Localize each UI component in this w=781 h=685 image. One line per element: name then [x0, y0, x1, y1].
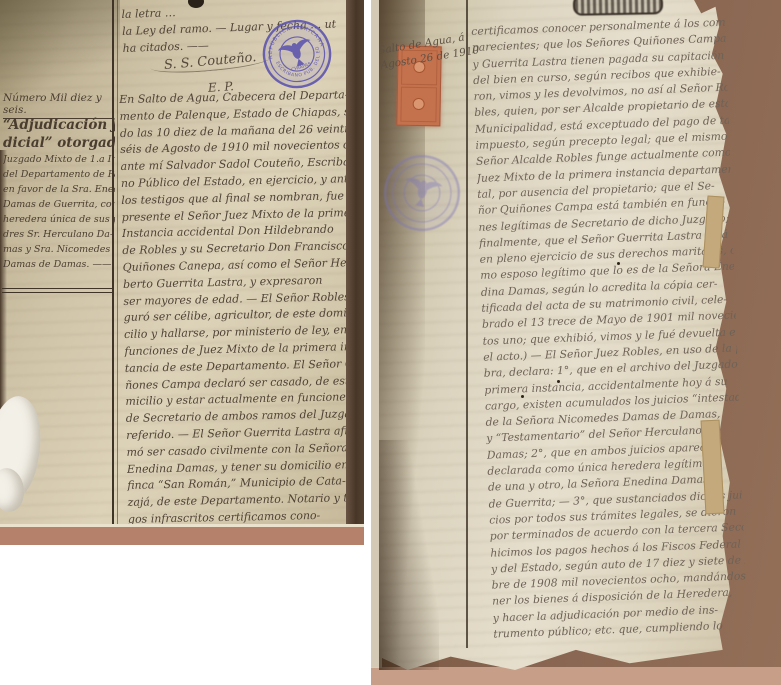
- ink-speck: [521, 395, 524, 398]
- margin-rule-line: [466, 0, 468, 648]
- manuscript-line: “Adjudicación Ju-: [3, 116, 115, 134]
- manuscript-line: Damas de Damas. ——: [3, 257, 115, 272]
- page-shadow: [0, 0, 120, 95]
- oval-stamp-icon: [573, 0, 663, 16]
- manuscript-line: dicial” otorgada por el: [3, 134, 115, 152]
- margin-closing-rule: [2, 288, 112, 293]
- table-surface-left: [0, 524, 364, 545]
- table-surface-right: [371, 667, 781, 685]
- manuscript-line: dres Sr. Herculano Da-: [3, 227, 115, 242]
- margin-rule-line-2: [117, 0, 118, 528]
- manuscript-line: del Departamento de Palenque,: [3, 167, 115, 182]
- revenue-stamp-lower: [400, 87, 437, 123]
- left-manuscript-photo: Número Mil diez y seis. “Adjudicación Ju…: [0, 0, 364, 545]
- ink-speck: [557, 380, 560, 383]
- manuscript-line: heredera única de sus pa-: [3, 212, 115, 227]
- eagle-seal-icon-faint: [377, 148, 467, 238]
- manuscript-line: Juzgado Mixto de 1.a Instancia: [3, 152, 115, 167]
- book-spine-shadow: [346, 0, 364, 528]
- manuscript-line: Damas de Guerrita, como: [3, 197, 115, 212]
- act-number: Número Mil diez y seis.: [3, 92, 113, 119]
- manuscript-line: en favor de la Sra. Enedina: [3, 182, 115, 197]
- ink-speck: [617, 262, 620, 265]
- margin-rule-line: [112, 0, 114, 528]
- left-page-body-text: En Salto de Agua, Cabecera del Departa-m…: [119, 87, 360, 528]
- margin-title: “Adjudicación Ju-dicial” otorgada por el…: [3, 116, 115, 272]
- manuscript-line: mas y Sra. Nicomedes: [3, 242, 115, 257]
- right-manuscript-photo: Salto de Agua, áAgosto 26 de 1910. certi…: [371, 0, 781, 685]
- right-page-body-text: certificamos conocer personalmente á los…: [471, 15, 748, 643]
